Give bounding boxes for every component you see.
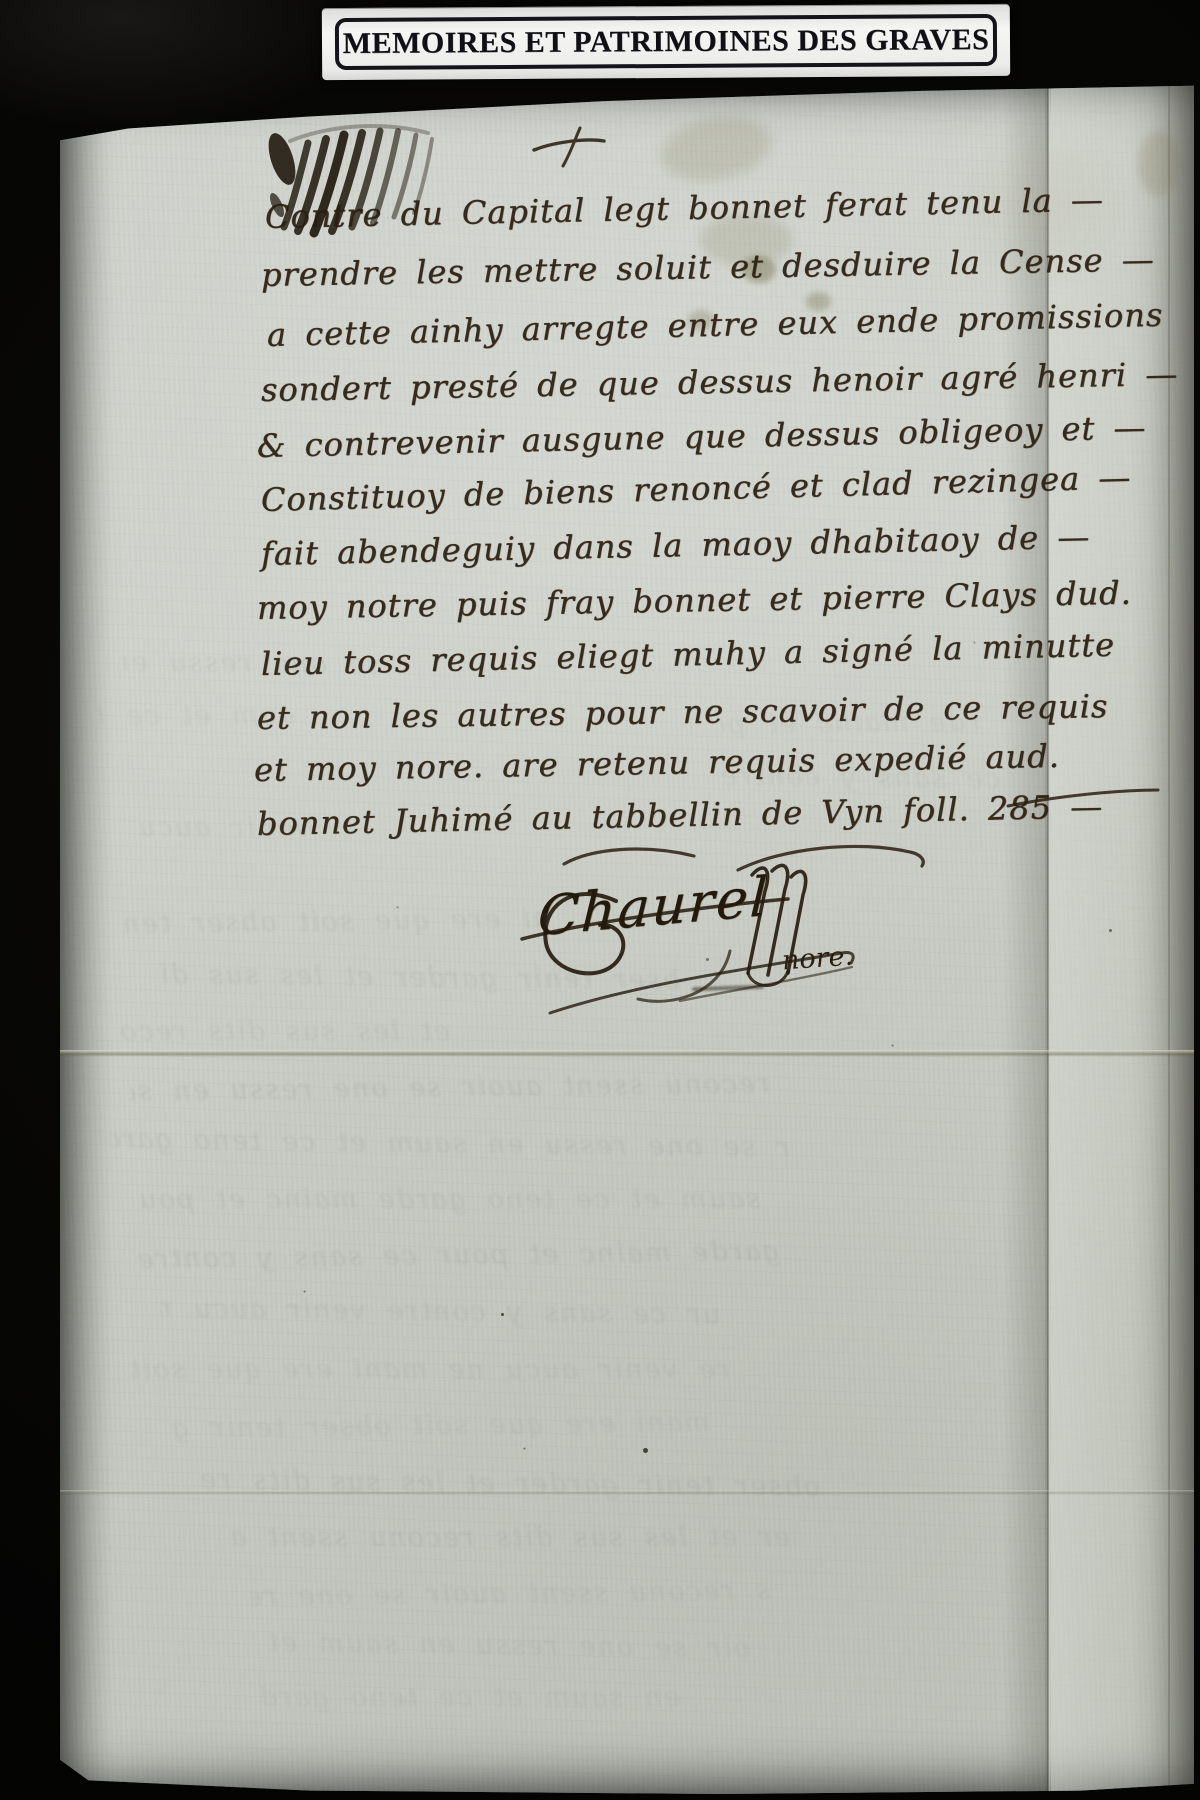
signature-block: Chaurel nore. <box>520 855 865 1023</box>
photo-background: MEMOIRES ET PATRIMOINES DES GRAVES <box>0 0 1200 1800</box>
signature-suffix: nore. <box>781 941 854 977</box>
gutter-shadow <box>1002 84 1046 1794</box>
vertical-fold-crease <box>1045 84 1051 1794</box>
ink-specks <box>0 0 5 5</box>
horizontal-fold-crease-lower <box>60 1490 1194 1495</box>
horizontal-fold-crease-upper <box>60 1050 1194 1057</box>
corner-cross-mark <box>528 120 612 172</box>
signature-flourish <box>520 855 865 1023</box>
archive-banner-text: MEMOIRES ET PATRIMOINES DES GRAVES <box>343 23 990 61</box>
adjacent-leaf-strip <box>1051 84 1194 1794</box>
ink-smudge <box>260 113 475 258</box>
archive-banner: MEMOIRES ET PATRIMOINES DES GRAVES <box>322 4 1010 80</box>
archive-banner-frame: MEMOIRES ET PATRIMOINES DES GRAVES <box>335 14 997 70</box>
leaf-edge-line <box>1168 84 1170 1794</box>
